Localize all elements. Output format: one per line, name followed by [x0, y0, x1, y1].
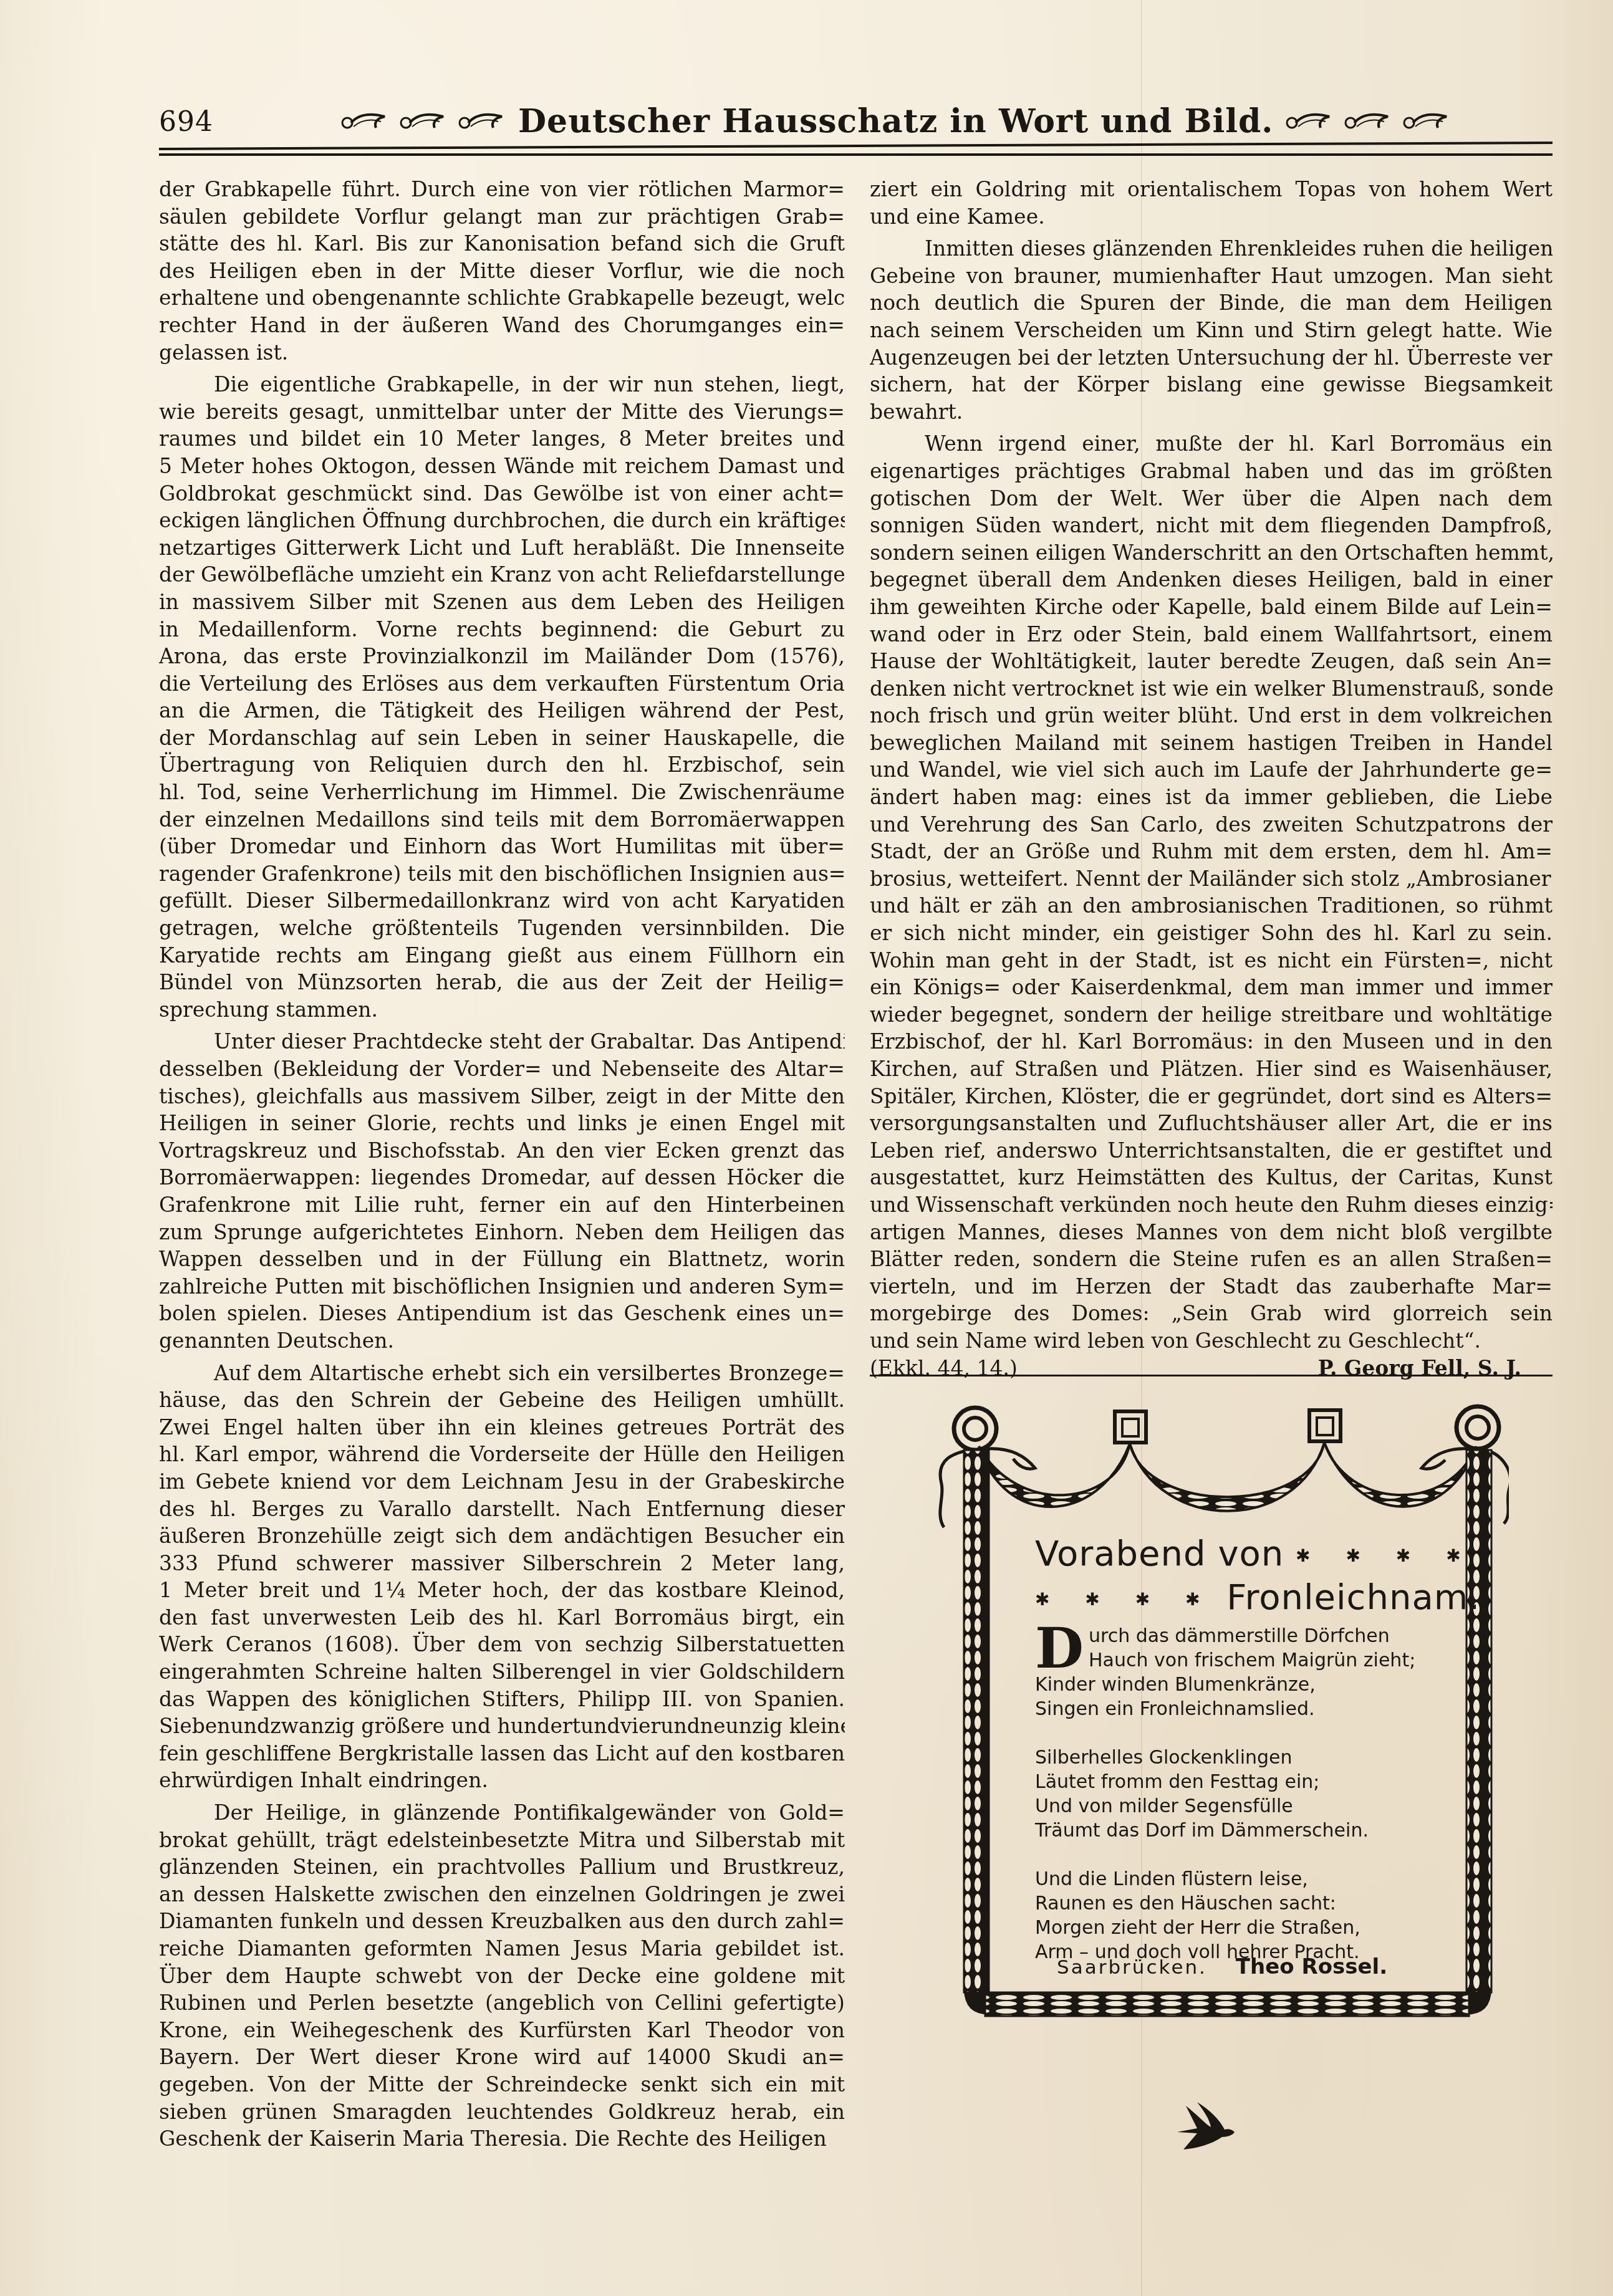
text-line: nach seinem Verscheiden um Kinn und Stir…	[870, 317, 1553, 344]
text-line: Inmitten dieses glänzenden Ehrenkleides …	[870, 235, 1553, 262]
text-line: ein Königs= oder Kaiserdenkmal, dem man …	[870, 974, 1553, 1001]
poem-line: Hauch von frischem Maigrün zieht;	[1035, 1648, 1422, 1673]
text-line: Stadt, der an Größe und Ruhm mit dem ers…	[870, 838, 1553, 865]
text-line: ausgestattet, kurz Heimstätten des Kultu…	[870, 1164, 1553, 1191]
poem-place: Saarbrücken.	[1057, 1956, 1207, 1979]
text-line: gelassen ist.	[159, 339, 845, 367]
text-line: Grafenkrone mit Lilie ruht, ferner ein a…	[159, 1191, 845, 1219]
text-line: erhaltene und obengenannte schlichte Gra…	[159, 284, 845, 312]
text-line: Geschenk der Kaiserin Maria Theresia. Di…	[159, 2125, 845, 2153]
text-line: Übertragung von Reliquien durch den hl. …	[159, 751, 845, 779]
text-line: Auf dem Altartische erhebt sich ein vers…	[159, 1360, 845, 1387]
text-line: ehrwürdigen Inhalt eindringen.	[159, 1767, 845, 1794]
text-line: sichern, hat der Körper bislang eine gew…	[870, 371, 1553, 398]
flourish-icon	[398, 109, 448, 134]
article-paragraph: Die eigentliche Grabkapelle, in der wir …	[159, 371, 845, 1023]
poem-stanza: Und die Linden flüstern leise, Raunen es…	[1035, 1867, 1422, 1964]
text-line: Hause der Wohltätigkeit, lauter beredte …	[870, 648, 1553, 675]
poem-title-line-2: ✱ ✱ ✱ ✱ Fronleichnam.	[1035, 1577, 1480, 1618]
text-line: bolen spielen. Dieses Antipendium ist da…	[159, 1300, 845, 1327]
text-line: versorgungsanstalten und Zufluchtshäuser…	[870, 1110, 1553, 1137]
header-rule-bottom	[159, 153, 1553, 156]
text-line: der Gewölbefläche umzieht ein Kranz von …	[159, 561, 845, 588]
text-line: Bayern. Der Wert dieser Krone wird auf 1…	[159, 2044, 845, 2071]
article-paragraph: Inmitten dieses glänzenden Ehrenkleides …	[870, 235, 1553, 425]
flourish-icon	[1284, 109, 1334, 134]
poem-author: Theo Rossel.	[1236, 1954, 1387, 1979]
text-line: Gebeine von brauner, mumienhafter Haut u…	[870, 262, 1553, 290]
text-line: das Wappen des königlichen Stifters, Phi…	[159, 1686, 845, 1713]
text-line: Über dem Haupte schwebt von der Decke ei…	[159, 1962, 845, 1990]
text-line: gotischen Dom der Welt. Wer über die Alp…	[870, 485, 1553, 512]
poem-stanza: D urch das dämmerstille Dörfchen Hauch v…	[1035, 1624, 1422, 1721]
text-line: Karyatide rechts am Eingang gießt aus ei…	[159, 942, 845, 969]
text-line: bewahrt.	[870, 398, 1553, 426]
poem-title-line-1: Vorabend von ✱ ✱ ✱ ✱	[1035, 1534, 1476, 1574]
article-column-left: der Grabkapelle führt. Durch eine von vi…	[159, 176, 845, 2153]
text-line: wand oder in Erz oder Stein, bald einem …	[870, 621, 1553, 648]
text-line: sonnigen Süden wandert, nicht mit dem fl…	[870, 512, 1553, 539]
article-paragraph: der Grabkapelle führt. Durch eine von vi…	[159, 176, 845, 366]
text-line: eckigen länglichen Öffnung durchbrochen,…	[159, 507, 845, 534]
text-line: Spitäler, Kirchen, Klöster, die er gegrü…	[870, 1083, 1553, 1110]
text-line: desselben (Bekleidung der Vorder= und Ne…	[159, 1055, 845, 1083]
text-line: säulen gebildete Vorflur gelangt man zur…	[159, 203, 845, 231]
text-line: Siebenundzwanzig größere und hundertundv…	[159, 1712, 845, 1740]
text-line: eigenartiges prächtiges Grabmal haben un…	[870, 458, 1553, 485]
text-line: Wenn irgend einer, mußte der hl. Karl Bo…	[870, 430, 1553, 458]
poem-line: Und die Linden flüstern leise,	[1035, 1867, 1422, 1891]
article-paragraph: ziert ein Goldring mit orientalischem To…	[870, 176, 1553, 230]
poem-line: Träumt das Dorf im Dämmerschein.	[1035, 1818, 1422, 1843]
poem-line: Morgen zieht der Herr die Straßen,	[1035, 1916, 1422, 1940]
article-end-rule	[870, 1375, 1553, 1376]
text-line: im Gebete kniend vor dem Leichnam Jesu i…	[159, 1468, 845, 1496]
text-line: beweglichen Mailand mit seinem hastigen …	[870, 729, 1553, 757]
text-line: die Verteilung des Erlöses aus dem verka…	[159, 670, 845, 698]
text-line: Vortragskreuz und Bischofsstab. An den v…	[159, 1137, 845, 1165]
flourish-icon	[340, 109, 390, 134]
text-line: genannten Deutschen.	[159, 1327, 845, 1355]
citation: (Ekkl. 44, 14.)	[870, 1355, 1018, 1382]
poem-line: Und von milder Segensfülle	[1035, 1794, 1422, 1818]
text-line: Zwei Engel halten über ihn ein kleines g…	[159, 1414, 845, 1441]
text-line: ziert ein Goldring mit orientalischem To…	[870, 176, 1553, 203]
text-line: Wappen desselben und in der Füllung ein …	[159, 1246, 845, 1273]
article-paragraph: Auf dem Altartische erhebt sich ein vers…	[159, 1360, 845, 1795]
text-line: hl. Karl empor, während die Vorderseite …	[159, 1441, 845, 1468]
poem-line: urch das dämmerstille Dörfchen	[1035, 1624, 1422, 1648]
text-line: sprechung stammen.	[159, 996, 845, 1024]
poem-line: Läutet fromm den Festtag ein;	[1035, 1770, 1422, 1794]
text-line: netzartiges Gitterwerk Licht und Luft he…	[159, 534, 845, 562]
text-line: Bündel von Münzsorten herab, die aus der…	[159, 969, 845, 996]
text-line: und hält er zäh an den ambrosianischen T…	[870, 892, 1553, 920]
text-line: häuse, das den Schrein der Gebeine des H…	[159, 1386, 845, 1414]
text-line: hl. Tod, seine Verherrlichung im Himmel.…	[159, 779, 845, 806]
text-line: morgebirge des Domes: „Sein Grab wird gl…	[870, 1300, 1553, 1327]
text-line: Rubinen und Perlen besetzte (angeblich v…	[159, 1989, 845, 2017]
text-line: er sich nicht minder, ein geistiger Sohn…	[870, 920, 1553, 947]
text-line: und Verehrung des San Carlo, des zweiten…	[870, 811, 1553, 838]
poem-signature: Saarbrücken. Theo Rossel.	[1057, 1954, 1387, 1979]
text-line: raumes und bildet ein 10 Meter langes, 8…	[159, 425, 845, 453]
text-line: in massivem Silber mit Szenen aus dem Le…	[159, 588, 845, 616]
text-line: Borromäerwappen: liegendes Dromedar, auf…	[159, 1164, 845, 1191]
text-line: denken nicht vertrocknet ist wie ein wel…	[870, 675, 1553, 703]
text-line: Erzbischof, der hl. Karl Borromäus: in d…	[870, 1028, 1553, 1055]
text-line: stätte des hl. Karl. Bis zur Kanonisatio…	[159, 230, 845, 257]
text-line: sondern seinen eiligen Wanderschritt an …	[870, 539, 1553, 567]
text-line: äußeren Bronzehülle zeigt sich dem andäc…	[159, 1522, 845, 1550]
flourish-icon	[1402, 109, 1452, 134]
swallow-icon	[1172, 2101, 1241, 2157]
article-column-right: ziert ein Goldring mit orientalischem To…	[870, 176, 1553, 1381]
text-line: fein geschliffene Bergkristalle lassen d…	[159, 1740, 845, 1767]
text-line: ihm geweihten Kirche oder Kapelle, bald …	[870, 593, 1553, 621]
text-line: und Wissenschaft verkünden noch heute de…	[870, 1191, 1553, 1219]
poem-line: Silberhelles Glockenklingen	[1035, 1746, 1422, 1770]
text-line: Heiligen in seiner Glorie, rechts und li…	[159, 1110, 845, 1137]
text-line: Goldbrokat geschmückt sind. Das Gewölbe …	[159, 480, 845, 507]
text-line: der Mordanschlag auf sein Leben in seine…	[159, 724, 845, 752]
flourish-icon	[457, 109, 507, 134]
page-number: 694	[159, 106, 213, 138]
article-paragraph: Der Heilige, in glänzende Pontifikalgewä…	[159, 1799, 845, 2153]
text-line: ragender Grafenkrone) teils mit den bisc…	[159, 860, 845, 888]
text-line: des Heiligen eben in der Mitte dieser Vo…	[159, 257, 845, 285]
text-line: an dessen Halskette zwischen den einzeln…	[159, 1881, 845, 1908]
text-line: brokat gehüllt, trägt edelsteinbesetzte …	[159, 1827, 845, 1854]
article-paragraph: Wenn irgend einer, mußte der hl. Karl Bo…	[870, 430, 1553, 1354]
poem-body: D urch das dämmerstille Dörfchen Hauch v…	[1035, 1624, 1422, 1989]
text-line: Arona, das erste Provinzialkonzil im Mai…	[159, 643, 845, 670]
poem-line: Singen ein Fronleichnamslied.	[1035, 1697, 1422, 1721]
text-line: noch frisch und grün weiter blüht. Und e…	[870, 702, 1553, 729]
poem-line: Raunen es den Häuschen sacht:	[1035, 1891, 1422, 1916]
text-line: reiche Diamanten geformten Namen Jesus M…	[159, 1935, 845, 1962]
scroll-flourish-ornament-left	[340, 109, 507, 134]
text-line: des hl. Berges zu Varallo darstellt. Nac…	[159, 1496, 845, 1523]
text-line: 333 Pfund schwerer massiver Silberschrei…	[159, 1550, 845, 1577]
text-line: Werk Ceranos (1608). Über dem von sechzi…	[159, 1631, 845, 1658]
flourish-icon	[1343, 109, 1393, 134]
text-line: begegnet überall dem Andenken dieses Hei…	[870, 566, 1553, 593]
text-line: 1 Meter breit und 1¼ Meter hoch, der das…	[159, 1577, 845, 1604]
star-ornament-icon: ✱ ✱ ✱ ✱	[1296, 1545, 1476, 1566]
text-line: Diamanten funkeln und dessen Kreuzbalken…	[159, 1908, 845, 1935]
text-line: und eine Kamee.	[870, 203, 1553, 231]
text-line: 5 Meter hohes Oktogon, dessen Wände mit …	[159, 453, 845, 480]
text-line: zum Sprunge aufgerichtetes Einhorn. Nebe…	[159, 1219, 845, 1246]
text-line: Wohin man geht in der Stadt, ist es nich…	[870, 947, 1553, 974]
poem-line: Kinder winden Blumenkränze,	[1035, 1673, 1422, 1697]
text-line: noch deutlich die Spuren der Binde, die …	[870, 289, 1553, 317]
text-line: tisches), gleichfalls aus massivem Silbe…	[159, 1083, 845, 1110]
text-line: der Grabkapelle führt. Durch eine von vi…	[159, 176, 845, 203]
text-line: wieder begegnet, sondern der heilige str…	[870, 1001, 1553, 1029]
text-line: zahlreiche Putten mit bischöflichen Insi…	[159, 1273, 845, 1300]
text-line: ändert haben mag: eines ist da immer geb…	[870, 784, 1553, 811]
text-line: Der Heilige, in glänzende Pontifikalgewä…	[159, 1799, 845, 1827]
text-line: artigen Mannes, dieses Mannes von dem ni…	[870, 1219, 1553, 1246]
text-line: (über Dromedar und Einhorn das Wort Humi…	[159, 833, 845, 860]
text-line: Unter dieser Prachtdecke steht der Graba…	[159, 1028, 845, 1055]
text-line: gefüllt. Dieser Silbermedaillonkranz wir…	[159, 887, 845, 915]
text-line: getragen, welche größtenteils Tugenden v…	[159, 915, 845, 942]
text-line: brosius, wetteifert. Nennt der Mailänder…	[870, 865, 1553, 893]
scroll-flourish-ornament-right	[1284, 109, 1452, 134]
text-line: vierteln, und im Herzen der Stadt das za…	[870, 1273, 1553, 1300]
text-line: Augenzeugen bei der letzten Untersuchung…	[870, 344, 1553, 372]
masthead: Deutscher Hausschatz in Wort und Bild.	[340, 102, 1549, 140]
text-line: in Medaillenform. Vorne rechts beginnend…	[159, 616, 845, 643]
text-line: eingerahmten Schreine halten Silberengel…	[159, 1658, 845, 1686]
text-line: sieben grünen Smaragden leuchtendes Gold…	[159, 2098, 845, 2126]
article-paragraph: Unter dieser Prachtdecke steht der Graba…	[159, 1028, 845, 1354]
text-line: gegeben. Von der Mitte der Schreindecke …	[159, 2071, 845, 2098]
text-line: rechter Hand in der äußeren Wand des Cho…	[159, 312, 845, 339]
text-line: den fast unverwesten Leib des hl. Karl B…	[159, 1604, 845, 1631]
text-line: Leben rief, anderswo Unterrichtsanstalte…	[870, 1137, 1553, 1165]
star-ornament-icon: ✱ ✱ ✱ ✱	[1035, 1589, 1215, 1610]
text-line: und Wandel, wie viel sich auch im Laufe …	[870, 756, 1553, 784]
text-line: an die Armen, die Tätigkeit des Heiligen…	[159, 697, 845, 724]
text-line: glänzenden Steinen, ein prachtvolles Pal…	[159, 1853, 845, 1881]
text-line: wie bereits gesagt, unmittelbar unter de…	[159, 398, 845, 426]
article-signature: (Ekkl. 44, 14.)P. Georg Fell, S. J.	[870, 1355, 1553, 1382]
article-author: P. Georg Fell, S. J.	[1318, 1355, 1521, 1382]
text-line: Blätter reden, sondern die Steine rufen …	[870, 1246, 1553, 1273]
text-line: und sein Name wird leben von Geschlecht …	[870, 1327, 1553, 1355]
text-line: Kirchen, auf Straßen und Plätzen. Hier s…	[870, 1055, 1553, 1083]
text-line: Krone, ein Weihegeschenk des Kurfürsten …	[159, 2017, 845, 2044]
publication-title: Deutscher Hausschatz in Wort und Bild.	[518, 102, 1273, 140]
poem-box: Vorabend von ✱ ✱ ✱ ✱ ✱ ✱ ✱ ✱ Fronleichna…	[910, 1390, 1509, 2076]
poem-stanza: Silberhelles Glockenklingen Läutet fromm…	[1035, 1746, 1422, 1843]
drop-cap: D	[1035, 1624, 1084, 1673]
text-line: der einzelnen Medaillons sind teils mit …	[159, 806, 845, 833]
text-line: Die eigentliche Grabkapelle, in der wir …	[159, 371, 845, 398]
